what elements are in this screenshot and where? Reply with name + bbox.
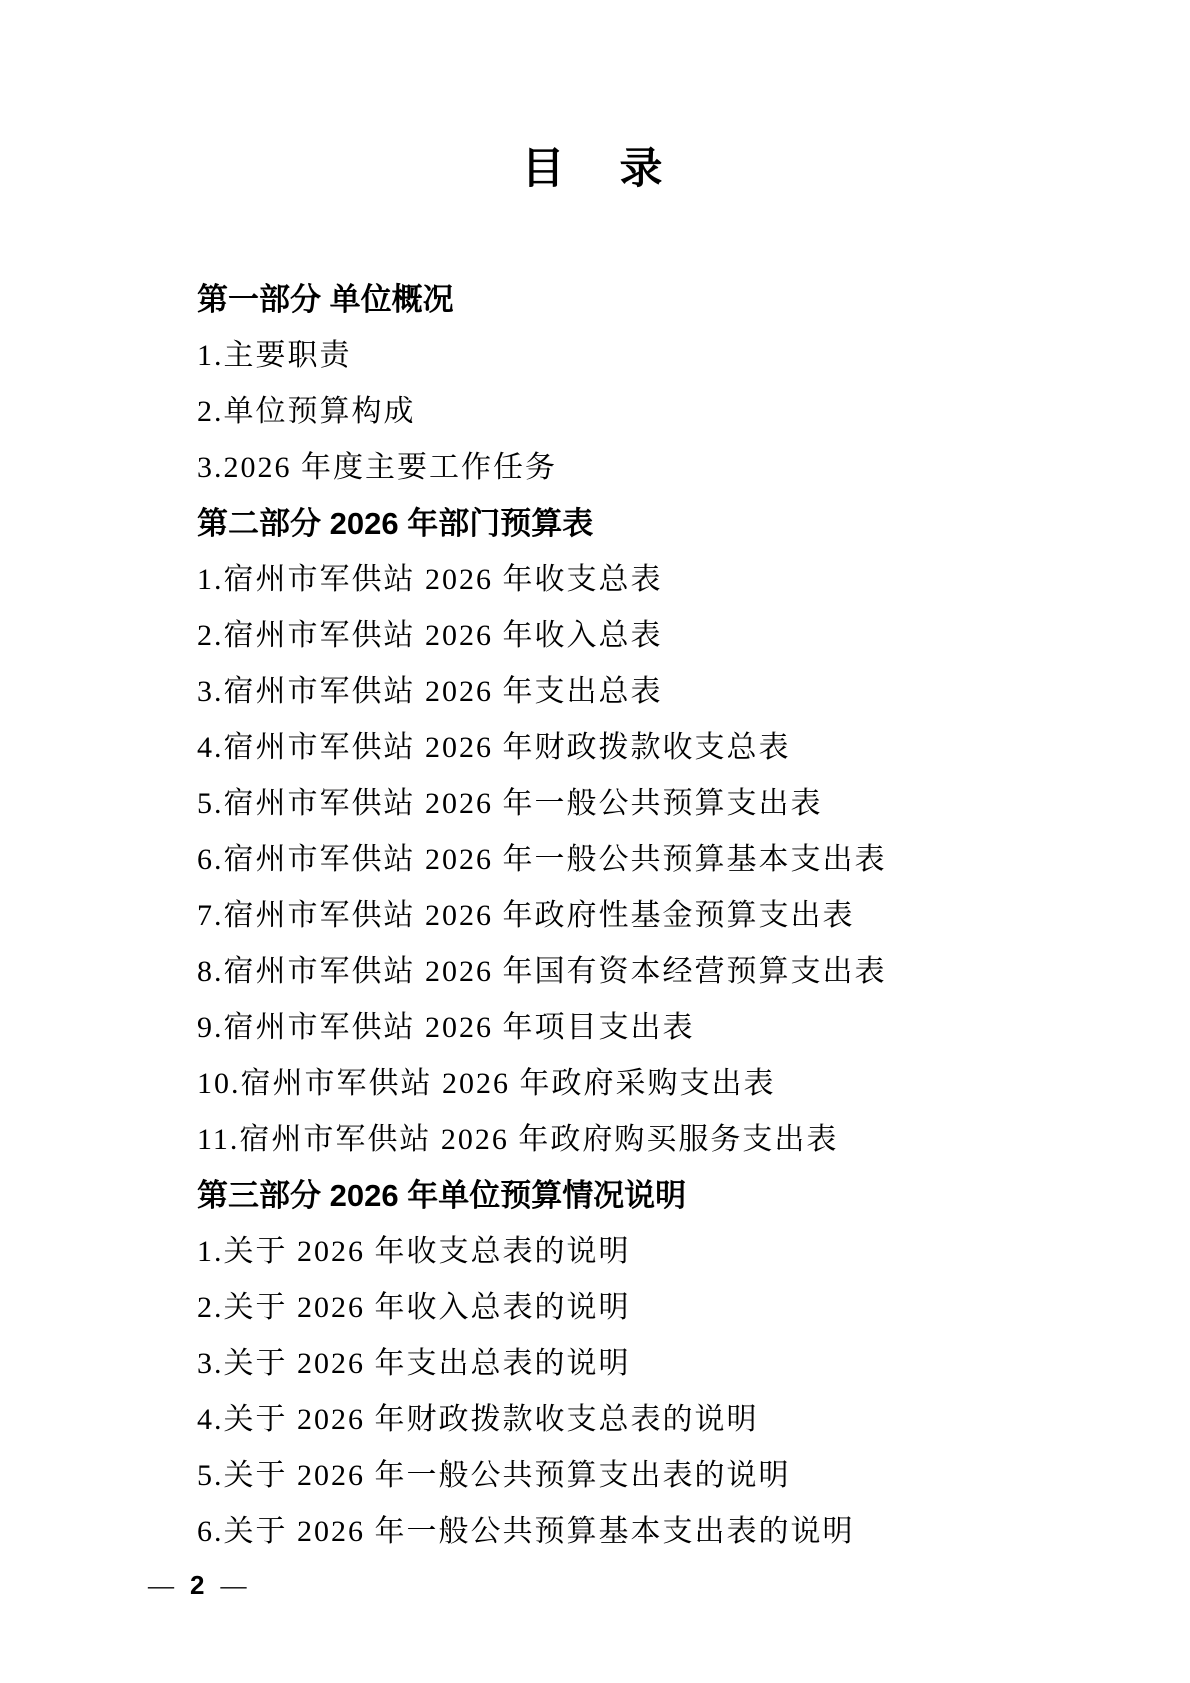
table-of-contents: 第一部分 单位概况 1.主要职责 2.单位预算构成 3.2026 年度主要工作任… (197, 268, 1097, 1556)
toc-item: 11.宿州市军供站 2026 年政府购买服务支出表 (197, 1108, 1097, 1164)
footer-dash-left: — (148, 1571, 174, 1601)
toc-item: 2.关于 2026 年收入总表的说明 (197, 1276, 1097, 1332)
toc-heading-part-2: 第二部分 2026 年部门预算表 (197, 492, 1097, 548)
toc-item: 7.宿州市军供站 2026 年政府性基金预算支出表 (197, 884, 1097, 940)
toc-item: 9.宿州市军供站 2026 年项目支出表 (197, 996, 1097, 1052)
toc-item: 1.宿州市军供站 2026 年收支总表 (197, 548, 1097, 604)
page-footer: — 2 — (148, 1570, 246, 1601)
toc-item: 4.关于 2026 年财政拨款收支总表的说明 (197, 1388, 1097, 1444)
toc-item: 3.2026 年度主要工作任务 (197, 436, 1097, 492)
toc-item: 2.宿州市军供站 2026 年收入总表 (197, 604, 1097, 660)
toc-item: 3.宿州市军供站 2026 年支出总表 (197, 660, 1097, 716)
page-title: 目 录 (0, 143, 1190, 197)
toc-item: 6.宿州市军供站 2026 年一般公共预算基本支出表 (197, 828, 1097, 884)
toc-item: 1.关于 2026 年收支总表的说明 (197, 1220, 1097, 1276)
footer-dash-right: — (220, 1571, 246, 1601)
toc-item: 2.单位预算构成 (197, 380, 1097, 436)
page-number: 2 (190, 1570, 204, 1601)
document-page: 目 录 第一部分 单位概况 1.主要职责 2.单位预算构成 3.2026 年度主… (0, 0, 1190, 1683)
toc-item: 5.关于 2026 年一般公共预算支出表的说明 (197, 1444, 1097, 1500)
toc-item: 5.宿州市军供站 2026 年一般公共预算支出表 (197, 772, 1097, 828)
toc-item: 10.宿州市军供站 2026 年政府采购支出表 (197, 1052, 1097, 1108)
toc-item: 6.关于 2026 年一般公共预算基本支出表的说明 (197, 1500, 1097, 1556)
toc-item: 3.关于 2026 年支出总表的说明 (197, 1332, 1097, 1388)
toc-heading-part-1: 第一部分 单位概况 (197, 268, 1097, 324)
toc-heading-part-3: 第三部分 2026 年单位预算情况说明 (197, 1164, 1097, 1220)
toc-item: 8.宿州市军供站 2026 年国有资本经营预算支出表 (197, 940, 1097, 996)
toc-item: 4.宿州市军供站 2026 年财政拨款收支总表 (197, 716, 1097, 772)
toc-item: 1.主要职责 (197, 324, 1097, 380)
